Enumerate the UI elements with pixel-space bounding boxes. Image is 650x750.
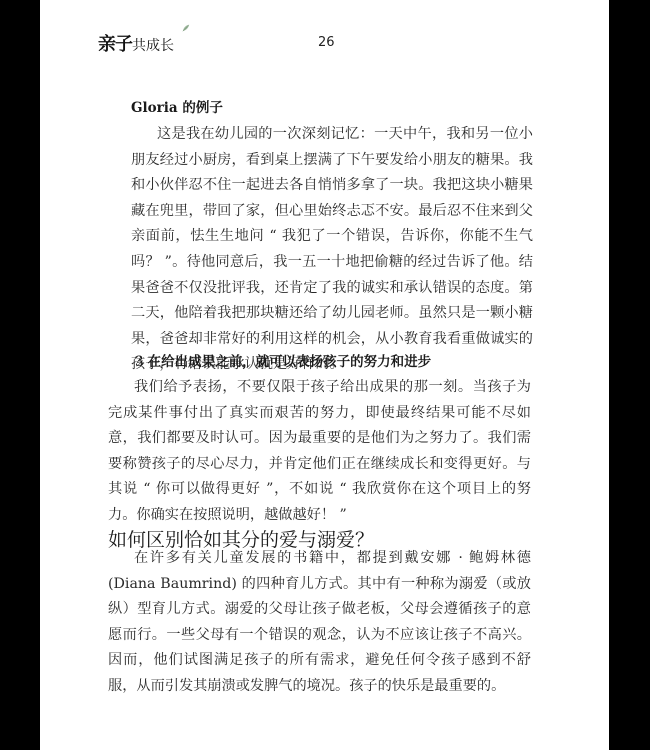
document-page: 亲子共成长 26 Gloria 的例子 这是我在幼儿园的一次深刻记忆：一天中午，… <box>40 0 609 750</box>
section-heading-text: 在给出成果之前，就可以表扬孩子的努力和进步 <box>148 354 432 370</box>
section-heading: 3在给出成果之前，就可以表扬孩子的努力和进步 <box>135 350 431 370</box>
section-love-vs-spoiling: 在许多有关儿童发展的书籍中，都提到戴安娜 · 鲍姆林德 (Diana Baumr… <box>108 546 531 700</box>
body-paragraph: 这是我在幼儿园的一次深刻记忆：一天中午，我和另一位小朋友经过小厨房，看到桌上摆满… <box>131 122 533 378</box>
logo-bold-text: 亲子 <box>98 34 132 55</box>
body-paragraph: 我们给予表扬，不要仅限于孩子给出成果的那一刻。当孩子为完成某件事付出了真实而艰苦… <box>108 375 531 529</box>
body-paragraph: 在许多有关儿童发展的书籍中，都提到戴安娜 · 鲍姆林德 (Diana Baumr… <box>108 546 531 700</box>
section-praise-effort: 我们给予表扬，不要仅限于孩子给出成果的那一刻。当孩子为完成某件事付出了真实而艰苦… <box>108 375 531 529</box>
page-number: 26 <box>318 35 335 50</box>
logo-regular-text: 共成长 <box>132 38 174 54</box>
section-number: 3 <box>135 354 144 370</box>
book-logo: 亲子共成长 <box>98 30 174 54</box>
section-gloria-example: Gloria 的例子 这是我在幼儿园的一次深刻记忆：一天中午，我和另一位小朋友经… <box>131 96 533 378</box>
leaf-icon <box>182 24 190 32</box>
section-heading: Gloria 的例子 <box>131 96 533 120</box>
